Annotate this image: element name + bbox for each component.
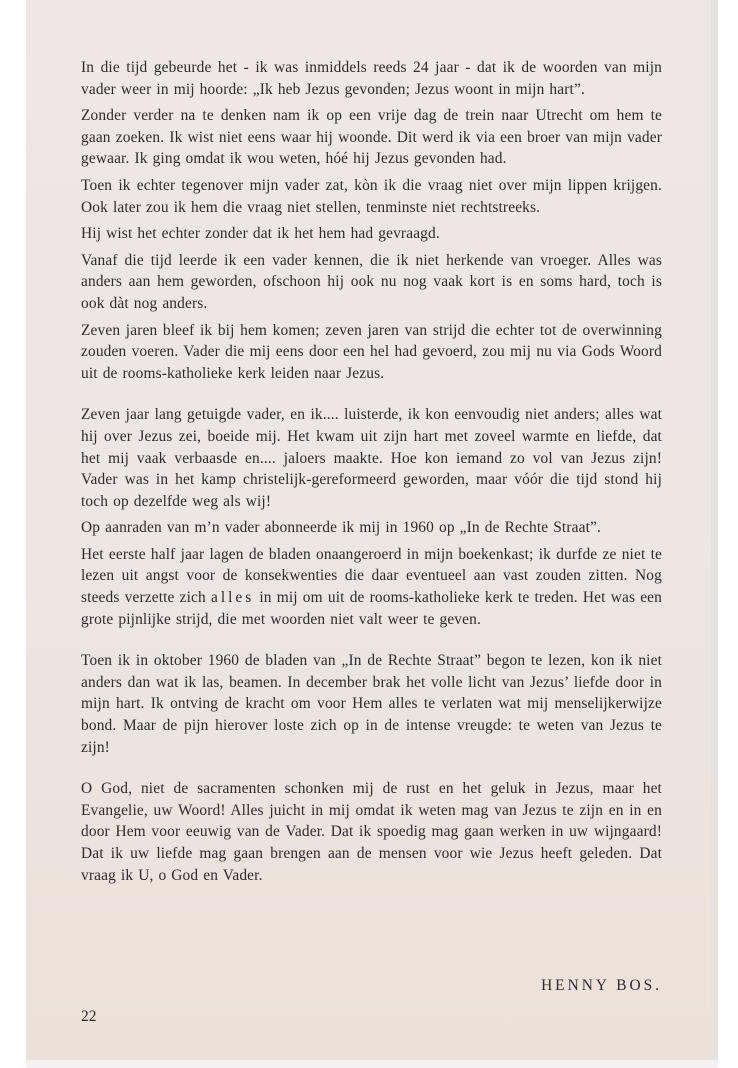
paragraph: Zeven jaar lang getuigde vader, en ik...…: [81, 404, 662, 512]
author-signature: HENNY BOS.: [470, 977, 662, 995]
page-number: 22: [81, 1008, 96, 1026]
paragraph: Het eerste half jaar lagen de bladen ona…: [81, 544, 662, 630]
paragraph: In die tijd gebeurde het - ik was inmidd…: [81, 57, 662, 100]
paragraph: Toen ik in oktober 1960 de bladen van „I…: [81, 650, 662, 758]
page-bottom-margin: [26, 1060, 718, 1068]
paragraph: Hij wist het echter zonder dat ik het he…: [81, 223, 662, 245]
body-text: In die tijd gebeurde het - ik was inmidd…: [81, 57, 662, 891]
paragraph: Op aanraden van m’n vader abonneerde ik …: [81, 517, 662, 539]
paragraph: Vanaf die tijd leerde ik een vader kenne…: [81, 250, 662, 315]
emphasized-word: alles: [211, 589, 254, 606]
paragraph: Zeven jaren bleef ik bij hem komen; zeve…: [81, 320, 662, 385]
paragraph: Zonder verder na te denken nam ik op een…: [81, 105, 662, 170]
page-edge-shadow: [711, 0, 718, 1060]
paragraph: Toen ik echter tegenover mijn vader zat,…: [81, 175, 662, 218]
paragraph: O God, niet de sacramenten schonken mij …: [81, 778, 662, 886]
